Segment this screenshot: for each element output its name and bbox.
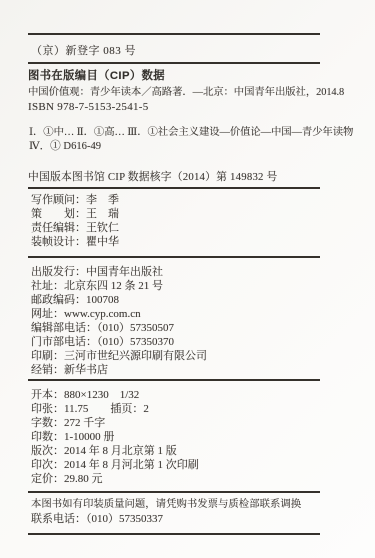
distributor-line: 经销：新华书店	[31, 363, 108, 377]
editorial-phone-line: 编辑部电话：（010）57350507	[31, 321, 174, 335]
price-line: 定价：29.80 元	[31, 472, 103, 486]
sheets-line: 印张：11.75 插页：2	[31, 402, 149, 416]
divider-cip	[28, 187, 320, 189]
postal-code-line: 邮政编码：100708	[31, 293, 119, 307]
divider-bottom	[28, 533, 320, 535]
format-line: 开本：880×1230 1/32	[31, 388, 139, 402]
book-title-line: 中国价值观：青少年读本／高路著．—北京：中国青年出版社，2014.8	[28, 86, 344, 100]
website-line: 网址：www.cyp.com.cn	[31, 307, 141, 321]
classification-line-1: Ⅰ．①中… Ⅱ．①高… Ⅲ．①社会主义建设—价值论—中国—青少年读物	[29, 126, 353, 140]
cip-number-line: 中国版本图书馆 CIP 数据核字（2014）第 149832 号	[28, 170, 278, 184]
staff-planner: 策 划：王 瑞	[31, 207, 119, 221]
isbn-line: ISBN 978-7-5153-2541-5	[28, 100, 149, 114]
print-run-line: 印数：1-10000 册	[31, 430, 114, 444]
copyright-page: （京）新登字 083 号 图书在版编目（CIP）数据 中国价值观：青少年读本／高…	[0, 0, 375, 558]
publisher-address-line: 社址：北京东四 12 条 21 号	[31, 279, 163, 293]
staff-designer: 装帧设计：瞿中华	[31, 235, 119, 249]
divider-publisher	[28, 379, 320, 381]
registration-number-line: （京）新登字 083 号	[31, 44, 136, 58]
quality-notice-line: 本图书如有印装质量问题，请凭购书发票与质检部联系调换	[31, 498, 301, 512]
printer-line: 印刷：三河市世纪兴源印刷有限公司	[31, 349, 207, 363]
divider-top	[28, 33, 320, 35]
cip-header: 图书在版编目（CIP）数据	[28, 69, 165, 83]
impression-line: 印次：2014 年 8 月河北第 1 次印刷	[31, 458, 199, 472]
staff-responsible-editor: 责任编辑：王钦仁	[31, 221, 119, 235]
contact-phone-line: 联系电话：（010）57350337	[31, 512, 163, 526]
edition-line: 版次：2014 年 8 月北京第 1 版	[31, 444, 177, 458]
classification-line-2: Ⅳ．① D616-49	[29, 140, 101, 154]
divider-printing	[28, 491, 320, 493]
store-phone-line: 门市部电话：（010）57350370	[31, 335, 174, 349]
word-count-line: 字数：272 千字	[31, 416, 105, 430]
divider-staff	[28, 256, 320, 258]
divider-registration	[28, 62, 320, 64]
staff-writing-consultant: 写作顾问：李 季	[31, 193, 119, 207]
publisher-line: 出版发行：中国青年出版社	[31, 265, 163, 279]
